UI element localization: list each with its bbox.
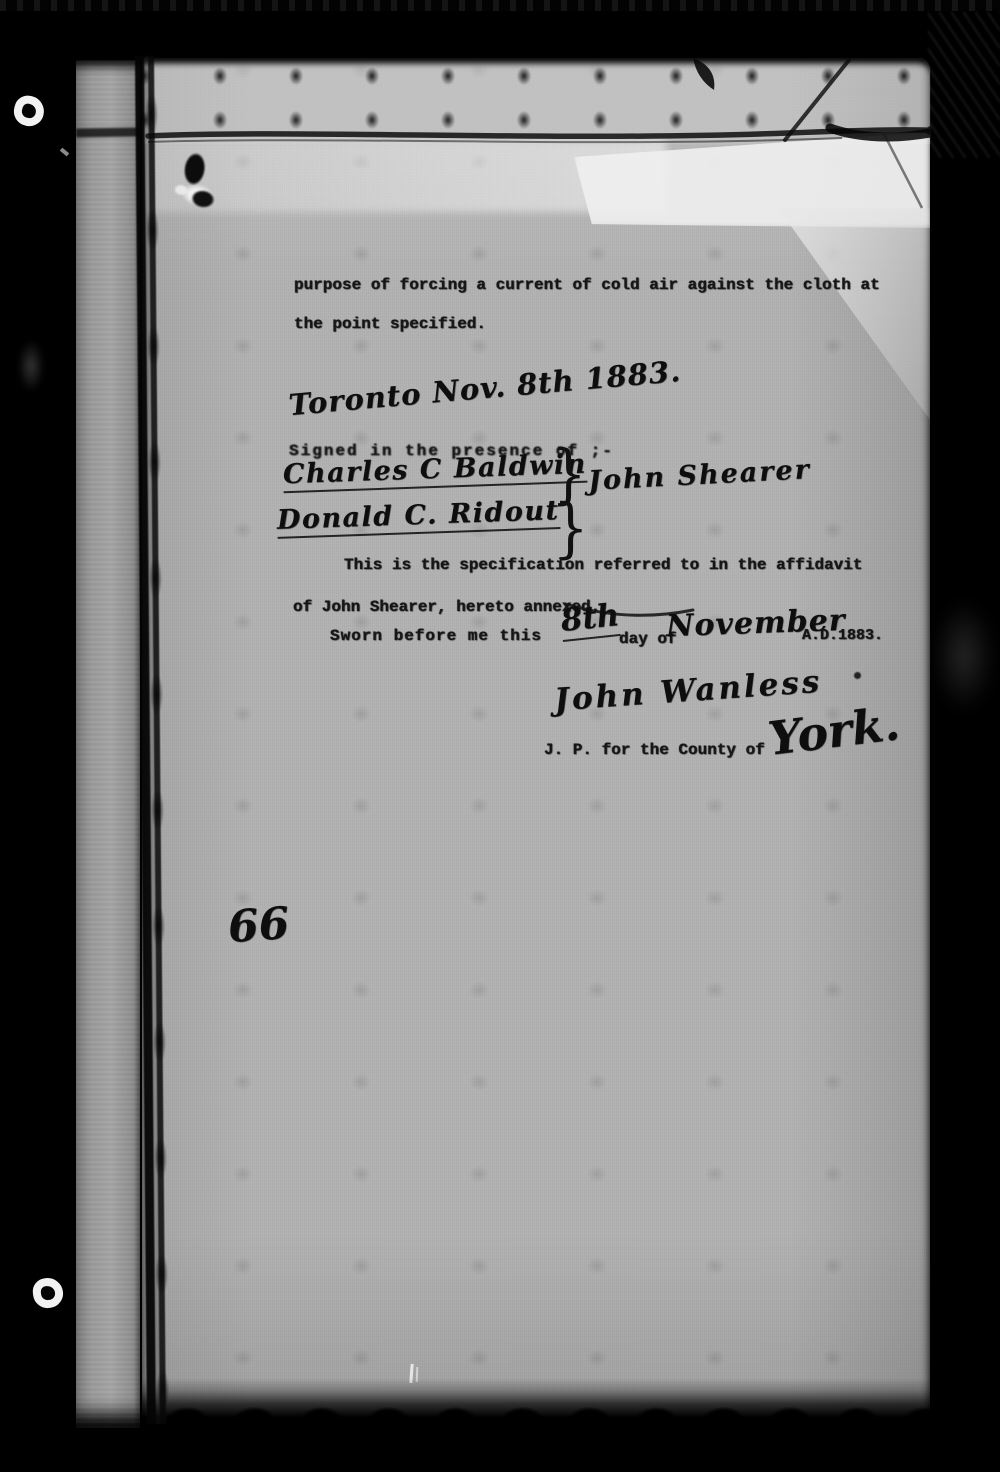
document-page: purpose of forcing a current of cold air… <box>142 58 930 1420</box>
film-margin-smudge <box>18 340 44 392</box>
film-speck <box>60 148 69 157</box>
affidavit-statement-line-1: This is the specification referred to in… <box>344 556 862 575</box>
film-punch-hole-bottom <box>31 1276 65 1310</box>
page-bottom-ragged-edge <box>142 1378 930 1420</box>
film-punch-hole-top <box>11 93 47 129</box>
adjacent-page-edge <box>76 60 140 1428</box>
film-margin-smudge <box>933 600 995 712</box>
handwritten-day: 8th <box>559 600 621 642</box>
film-corner-texture <box>928 12 1000 158</box>
handwritten-page-number: 66 <box>227 902 291 950</box>
specification-text-line-2: the point specified. <box>294 315 486 334</box>
film-edge-noise <box>0 0 1000 11</box>
attestation-brace-bottom: } <box>553 491 589 566</box>
strip-crease <box>76 127 140 137</box>
ink-speck <box>854 672 861 679</box>
sworn-before-me-text: Sworn before me this <box>330 627 542 646</box>
specification-text-line-1: purpose of forcing a current of cold air… <box>294 276 880 295</box>
affidavit-statement-line-2: of John Shearer, hereto annexed. <box>293 598 600 617</box>
microfilm-scan: purpose of forcing a current of cold air… <box>0 0 1000 1472</box>
justice-title: J. P. for the County of <box>544 741 765 760</box>
typed-year: A.D.1883. <box>802 627 883 645</box>
